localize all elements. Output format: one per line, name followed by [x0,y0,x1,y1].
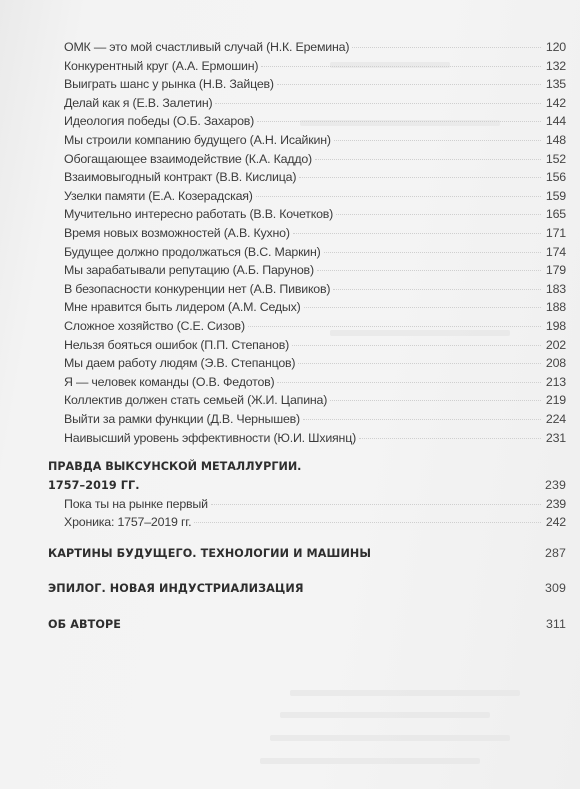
entry-title: Мучительно интересно работать (В.В. Коче… [64,205,333,223]
entry-page: 224 [544,410,566,428]
section-page: 239 [545,476,566,494]
entry-page: 219 [544,391,566,409]
entry-page: 174 [544,243,566,261]
toc-entry[interactable]: Делай как я (Е.В. Залетин)142 [64,94,566,112]
toc-entry[interactable]: В безопасности конкуренции нет (А.В. Пив… [64,280,566,298]
entry-page: 202 [544,336,566,354]
dot-leader [298,362,541,364]
subentry-title: Пока ты на рынке первый [64,495,208,513]
section-pravda[interactable]: 1757–2019 ГГ.239 [48,476,566,495]
toc-entry[interactable]: Наивысший уровень эффективности (Ю.И. Шх… [64,429,566,447]
toc-entry[interactable]: Мы строили компанию будущего (А.Н. Исайк… [64,131,566,149]
toc-entry[interactable]: Нельзя бояться ошибок (П.П. Степанов)202 [64,336,566,354]
entry-page: 156 [544,168,566,186]
toc-entry[interactable]: Узелки памяти (Е.А. Козерадская)159 [64,187,566,205]
toc-entry[interactable]: Конкурентный круг (А.А. Ермошин)132 [64,57,566,75]
entry-title: Наивысший уровень эффективности (Ю.И. Шх… [64,429,356,447]
subentry-page: 239 [544,495,566,513]
entry-title: Будущее должно продолжаться (В.С. Маркин… [64,243,321,261]
entry-page: 179 [544,261,566,279]
section-title: КАРТИНЫ БУДУЩЕГО. ТЕХНОЛОГИИ И МАШИНЫ [48,545,371,563]
entry-page: 148 [544,131,566,149]
entry-title: Сложное хозяйство (С.Е. Сизов) [64,317,245,335]
entry-title: ОМК — это мой счастливый случай (Н.К. Ер… [64,38,349,56]
dot-leader [303,418,541,420]
entry-title: Выиграть шанс у рынка (Н.В. Зайцев) [64,75,274,93]
section-page: 287 [545,544,566,562]
entry-page: 213 [544,373,566,391]
dot-leader [330,399,541,401]
entry-page: 120 [544,38,566,56]
entry-page: 231 [544,429,566,447]
dot-leader [352,46,541,48]
dot-leader [256,195,541,197]
dot-leader [299,176,541,178]
toc-entry[interactable]: ОМК — это мой счастливый случай (Н.К. Ер… [64,38,566,56]
entry-page: 188 [544,298,566,316]
toc-entry[interactable]: Коллектив должен стать семьей (Ж.И. Цапи… [64,391,566,409]
entry-title: Время новых возможностей (А.В. Кухно) [64,224,290,242]
subentry-page: 242 [544,513,566,531]
dot-leader [277,83,541,85]
toc-entry[interactable]: Время новых возможностей (А.В. Кухно)171 [64,224,566,242]
toc-subentry[interactable]: Пока ты на рынке первый239 [64,495,566,513]
toc-entry[interactable]: Мы зарабатывали репутацию (А.Б. Парунов)… [64,261,566,279]
dot-leader [215,102,541,104]
section-page: 311 [546,615,566,633]
toc-entry[interactable]: Выйти за рамки функции (Д.В. Чернышев)22… [64,410,566,428]
entry-title: Конкурентный круг (А.А. Ермошин) [64,57,258,75]
dot-leader [336,213,541,215]
entry-title: Нельзя бояться ошибок (П.П. Степанов) [64,336,289,354]
entry-page: 132 [544,57,566,75]
dot-leader [324,251,541,253]
book-page: ОМК — это мой счастливый случай (Н.К. Ер… [0,0,580,789]
dot-leader [359,437,541,439]
entry-title: Мы зарабатывали репутацию (А.Б. Парунов) [64,261,314,279]
section-title-pravda-line2: 1757–2019 ГГ. [48,477,140,495]
dot-leader [248,325,541,327]
entry-title: Идеология победы (О.Б. Захаров) [64,112,254,130]
dot-leader [261,65,541,67]
dot-leader [194,521,541,523]
dot-leader [293,232,541,234]
section-kartiny[interactable]: КАРТИНЫ БУДУЩЕГО. ТЕХНОЛОГИИ И МАШИНЫ287 [48,544,566,563]
section-title-pravda-line1[interactable]: ПРАВДА ВЫКСУНСКОЙ МЕТАЛЛУРГИИ. [48,458,301,476]
dot-leader [334,139,541,141]
section-title: ОБ АВТОРЕ [48,616,121,634]
section-epilog[interactable]: ЭПИЛОГ. НОВАЯ ИНДУСТРИАЛИЗАЦИЯ309 [48,579,566,598]
entry-page: 171 [544,224,566,242]
entry-page: 208 [544,354,566,372]
entry-page: 159 [544,187,566,205]
entry-page: 144 [544,112,566,130]
toc-entry[interactable]: Мне нравится быть лидером (А.М. Седых)18… [64,298,566,316]
entry-title: Узелки памяти (Е.А. Козерадская) [64,187,253,205]
entry-title: Мне нравится быть лидером (А.М. Седых) [64,298,301,316]
section-title: ЭПИЛОГ. НОВАЯ ИНДУСТРИАЛИЗАЦИЯ [48,580,304,598]
toc-subentry[interactable]: Хроника: 1757–2019 гг.242 [64,513,566,531]
dot-leader [257,120,541,122]
toc-entry[interactable]: Мы даем работу людям (Э.В. Степанцов)208 [64,354,566,372]
entry-title: Мы даем работу людям (Э.В. Степанцов) [64,354,295,372]
toc-entry[interactable]: Я — человек команды (О.В. Федотов)213 [64,373,566,391]
entry-title: В безопасности конкуренции нет (А.В. Пив… [64,280,330,298]
section-ob-avtore[interactable]: ОБ АВТОРЕ311 [48,615,566,634]
dot-leader [304,306,541,308]
entry-title: Взаимовыгодный контракт (В.В. Кислица) [64,168,296,186]
dot-leader [317,269,541,271]
dot-leader [211,503,541,505]
entry-page: 165 [544,205,566,223]
toc-entry[interactable]: Выиграть шанс у рынка (Н.В. Зайцев)135 [64,75,566,93]
dot-leader [315,158,541,160]
dot-leader [277,381,541,383]
toc-entry[interactable]: Идеология победы (О.Б. Захаров)144 [64,112,566,130]
entry-title: Мы строили компанию будущего (А.Н. Исайк… [64,131,331,149]
entry-title: Обогащающее взаимодействие (К.А. Каддо) [64,150,312,168]
toc-entry[interactable]: Сложное хозяйство (С.Е. Сизов)198 [64,317,566,335]
dot-leader [292,344,541,346]
section-page: 309 [545,579,566,597]
toc-entry[interactable]: Мучительно интересно работать (В.В. Коче… [64,205,566,223]
entry-title: Я — человек команды (О.В. Федотов) [64,373,274,391]
entry-title: Выйти за рамки функции (Д.В. Чернышев) [64,410,300,428]
subentry-title: Хроника: 1757–2019 гг. [64,513,191,531]
dot-leader [333,288,541,290]
toc-entry[interactable]: Обогащающее взаимодействие (К.А. Каддо)1… [64,150,566,168]
entry-page: 198 [544,317,566,335]
toc-entry[interactable]: Взаимовыгодный контракт (В.В. Кислица)15… [64,168,566,186]
entry-title: Делай как я (Е.В. Залетин) [64,94,212,112]
entry-page: 152 [544,150,566,168]
entry-page: 142 [544,94,566,112]
entry-title: Коллектив должен стать семьей (Ж.И. Цапи… [64,391,327,409]
entry-page: 183 [544,280,566,298]
entry-page: 135 [544,75,566,93]
toc-entry[interactable]: Будущее должно продолжаться (В.С. Маркин… [64,243,566,261]
